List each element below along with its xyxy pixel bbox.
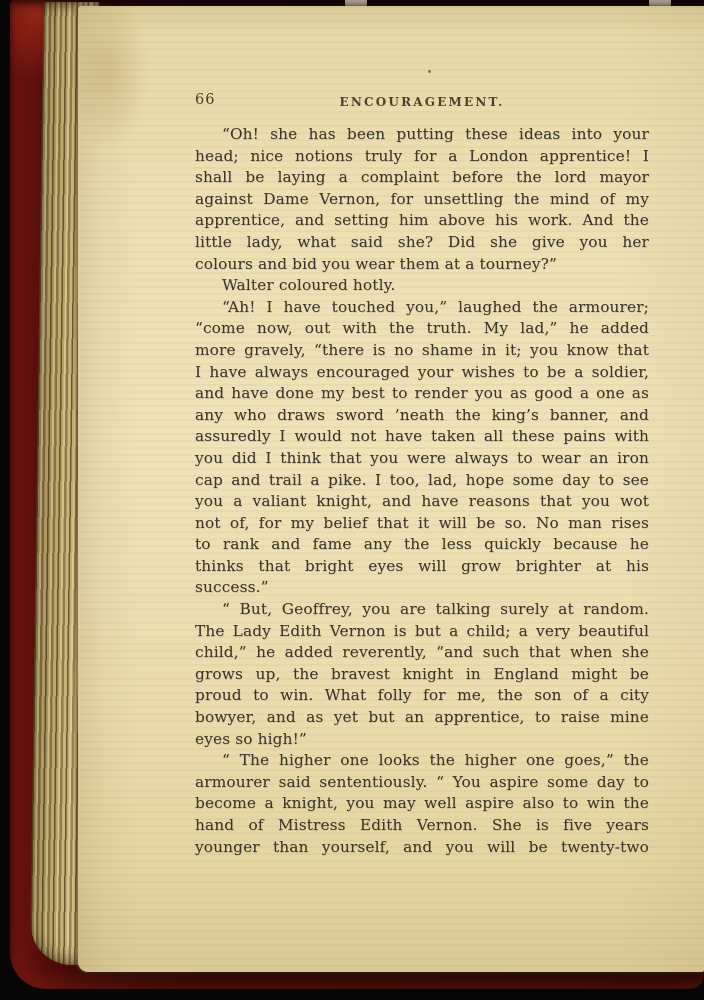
book-photo: 66 ENCOURAGEMENT. “Oh! she has been putt… [0, 0, 704, 1000]
text-line: child,” he added reverently, “and such t… [195, 642, 649, 664]
text-line: more gravely, “there is no shame in it; … [195, 340, 649, 362]
text-line: success.” [195, 577, 649, 599]
text-line: eyes so high!” [195, 729, 649, 751]
text-line: bowyer, and as yet but an apprentice, to… [195, 707, 649, 729]
page-header: 66 ENCOURAGEMENT. [195, 91, 649, 109]
text-line: assuredly I would not have taken all the… [195, 426, 649, 448]
ink-speck [428, 70, 431, 73]
text-line: little lady, what said she? Did she give… [195, 232, 649, 254]
paper-stain [74, 10, 194, 190]
text-line: shall be laying a complaint before the l… [195, 167, 649, 189]
page-text: “Oh! she has been putting these ideas in… [195, 124, 649, 858]
text-line: Walter coloured hotly. [195, 275, 649, 297]
text-line: hand of Mistress Edith Vernon. She is fi… [195, 815, 649, 837]
text-line: “Oh! she has been putting these ideas in… [195, 124, 649, 146]
text-line: The Lady Edith Vernon is but a child; a … [195, 621, 649, 643]
running-header: ENCOURAGEMENT. [195, 93, 649, 111]
text-line: you a valiant knight, and have reasons t… [195, 491, 649, 513]
text-line: cap and trail a pike. I too, lad, hope s… [195, 470, 649, 492]
text-line: apprentice, and setting him above his wo… [195, 210, 649, 232]
text-line: “Ah! I have touched you,” laughed the ar… [195, 297, 649, 319]
text-line: “ The higher one looks the higher one go… [195, 750, 649, 772]
text-line: proud to win. What folly for me, the son… [195, 685, 649, 707]
text-line: and have done my best to render you as g… [195, 383, 649, 405]
text-line: become a knight, you may well aspire als… [195, 793, 649, 815]
text-line: I have always encouraged your wishes to … [195, 362, 649, 384]
text-line: grows up, the bravest knight in England … [195, 664, 649, 686]
book-page: 66 ENCOURAGEMENT. “Oh! she has been putt… [78, 6, 704, 972]
text-line: colours and bid you wear them at a tourn… [195, 254, 649, 276]
text-line: not of, for my belief that it will be so… [195, 513, 649, 535]
text-line: thinks that bright eyes will grow bright… [195, 556, 649, 578]
text-line: “come now, out with the truth. My lad,” … [195, 318, 649, 340]
text-line: head; nice notions truly for a London ap… [195, 146, 649, 168]
text-line: to rank and fame any the less quickly be… [195, 534, 649, 556]
text-line: “ But, Geoffrey, you are talking surely … [195, 599, 649, 621]
text-line: younger than yourself, and you will be t… [195, 837, 649, 859]
text-line: against Dame Vernon, for unsettling the … [195, 189, 649, 211]
text-line: armourer said sententiously. “ You aspir… [195, 772, 649, 794]
text-line: any who draws sword ’neath the king’s ba… [195, 405, 649, 427]
text-line: you did I think that you were always to … [195, 448, 649, 470]
